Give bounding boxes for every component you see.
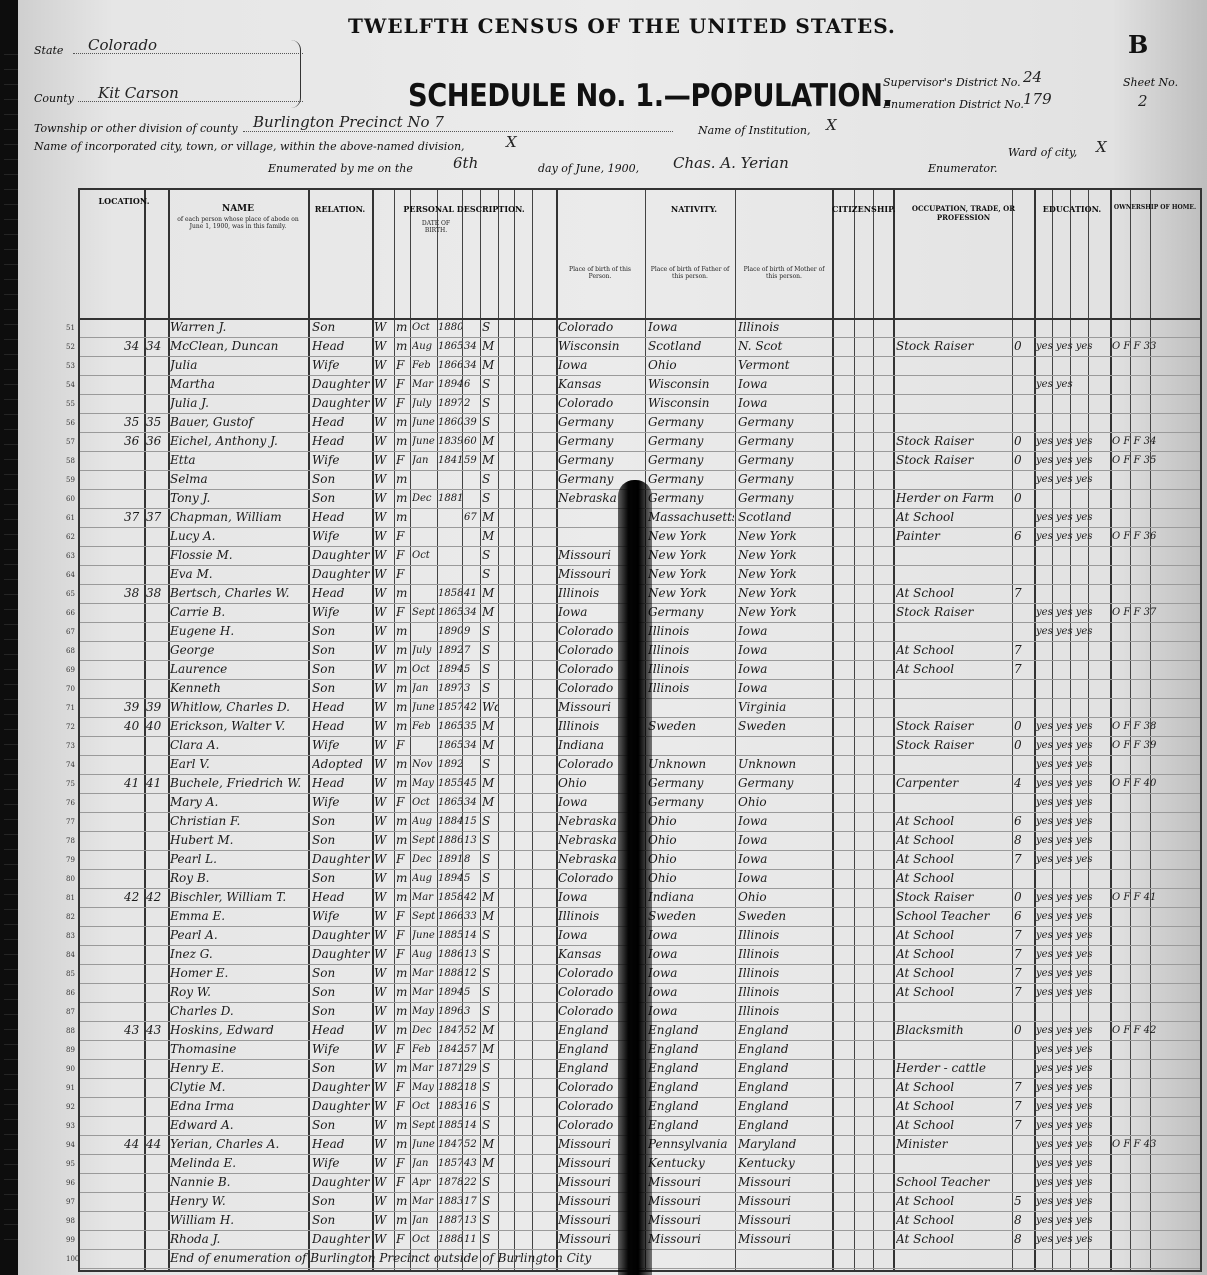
cell-col: W [374,1059,392,1078]
line-number: 82 [66,913,75,921]
cell-fam: 34 [146,337,166,356]
cell-sex: m [396,964,410,983]
cell-age: 9 [464,622,480,641]
cell-bp: Germany [558,451,644,470]
cell-ed: yes yes yes [1036,1192,1108,1211]
cell-age: 29 [464,1059,480,1078]
cell-ms: M [482,527,498,546]
cell-age: 43 [464,1154,480,1173]
cell-mo: May [412,1078,436,1097]
cell-bm: New York [738,603,830,622]
cell-col: W [374,1211,392,1230]
cell-name: Roy W. [170,983,306,1002]
cell-mo_nw: 4 [1014,774,1032,793]
cell-ed: yes yes yes [1036,603,1108,622]
cell-occ: At School [896,660,1010,679]
cell-dw: 40 [124,717,144,736]
cell-bf: Iowa [648,964,734,983]
cell-mo: Dec [412,850,436,869]
cell-age: 34 [464,337,480,356]
film-edge [0,0,18,1275]
cell-col: W [374,1021,392,1040]
cell-ms: S [482,1211,498,1230]
cell-bf: Germany [648,489,734,508]
cell-own: O F F 33 [1112,337,1198,356]
cell-rel: Son [312,831,370,850]
cell-ms: S [482,755,498,774]
table-row: 523434McClean, DuncanHeadWmAug186534MWis… [80,337,1200,357]
cell-mo_nw: 0 [1014,489,1032,508]
cell-occ: Blacksmith [896,1021,1010,1040]
cell-bf: Sweden [648,717,734,736]
cell-bm: Iowa [738,850,830,869]
cell-name: Rhoda J. [170,1230,306,1249]
cell-occ: At School [896,945,1010,964]
cell-bf: Germany [648,774,734,793]
cell-mo: June [412,432,436,451]
cell-bm: New York [738,584,830,603]
cell-rel: Head [312,337,370,356]
cell-bm: Germany [738,451,830,470]
line-number: 54 [66,381,75,389]
line-number: 100 [66,1255,79,1263]
enumeration-label: Enumeration District No. [883,98,1024,111]
cell-bm: Ohio [738,793,830,812]
cell-ms: S [482,869,498,888]
cell-yr: 1887 [438,1211,462,1230]
cell-mo: Oct [412,318,436,337]
cell-ms: S [482,318,498,337]
line-number: 79 [66,856,75,864]
cell-col: W [374,432,392,451]
cell-age: 41 [464,584,480,603]
table-row: 51Warren J.SonWmOct1880SColoradoIowaIlli… [80,318,1200,338]
cell-mo_nw: 0 [1014,717,1032,736]
cell-name: Thomasine [170,1040,306,1059]
cell-mo_nw: 7 [1014,584,1032,603]
cell-sex: m [396,698,410,717]
cell-ed: yes yes yes [1036,850,1108,869]
cell-rel: Son [312,1211,370,1230]
cell-yr: 1847 [438,1135,462,1154]
table-row: 573636Eichel, Anthony J.HeadWmJune183960… [80,432,1200,452]
cell-bm: England [738,1078,830,1097]
cell-bf: England [648,1040,734,1059]
cell-rel: Wife [312,527,370,546]
cell-bm: Scotland [738,508,830,527]
line-number: 71 [66,704,75,712]
cell-name: Melinda E. [170,1154,306,1173]
cell-name: Chapman, William [170,508,306,527]
cell-bm: Iowa [738,869,830,888]
cell-mo: Mar [412,888,436,907]
line-number: 81 [66,894,75,902]
line-number: 73 [66,742,75,750]
cell-yr: 1894 [438,375,462,394]
cell-name: Hubert M. [170,831,306,850]
cell-sex: m [396,755,410,774]
cell-col: W [374,470,392,489]
line-number: 88 [66,1027,75,1035]
cell-ed: yes yes yes [1036,470,1108,489]
line-number: 62 [66,533,75,541]
cell-mo_nw: 7 [1014,964,1032,983]
cell-bm: England [738,1040,830,1059]
cell-sex: F [396,394,410,413]
cell-own: O F F 36 [1112,527,1198,546]
cell-col: W [374,869,392,888]
table-row: 563535Bauer, GustofHeadWmJune186039SGerm… [80,413,1200,433]
cell-occ: Herder - cattle [896,1059,1010,1078]
cell-ed: yes yes yes [1036,907,1108,926]
cell-col: W [374,945,392,964]
cell-occ: At School [896,964,1010,983]
supervisor-label: Supervisor's District No. [883,76,1021,89]
cell-ed: yes yes yes [1036,1059,1108,1078]
sheet-letter: B [1128,30,1148,59]
cell-bf: Germany [648,451,734,470]
census-sheet: TWELFTH CENSUS OF THE UNITED STATES. B S… [18,0,1207,1275]
cell-fam: 43 [146,1021,166,1040]
cell-age: 13 [464,945,480,964]
cell-sex: F [396,945,410,964]
cell-occ: At School [896,812,1010,831]
cell-ed: yes yes [1036,375,1108,394]
cell-mo_nw: 7 [1014,1078,1032,1097]
line-number: 86 [66,989,75,997]
cell-name: Eichel, Anthony J. [170,432,306,451]
cell-col: W [374,888,392,907]
cell-name: Julia [170,356,306,375]
cell-ms: S [482,1002,498,1021]
cell-age: 33 [464,907,480,926]
line-number: 67 [66,628,75,636]
cell-col: W [374,394,392,413]
cell-mo_nw: 7 [1014,1097,1032,1116]
enumerator-label: Enumerator. [928,162,998,175]
cell-mo: Dec [412,489,436,508]
table-row: 54MarthaDaughterWFMar18946SKansasWiscons… [80,375,1200,395]
cell-yr: 1847 [438,1021,462,1040]
cell-bm: Germany [738,413,830,432]
cell-rel: Head [312,432,370,451]
cell-own: O F F 35 [1112,451,1198,470]
cell-bp: Germany [558,413,644,432]
cell-age: 22 [464,1173,480,1192]
line-number: 98 [66,1217,75,1225]
cell-col: W [374,1230,392,1249]
cell-ed: yes yes yes [1036,926,1108,945]
line-number: 91 [66,1084,75,1092]
cell-mo: Oct [412,1230,436,1249]
cell-occ: At School [896,1192,1010,1211]
cell-col: W [374,622,392,641]
cell-bm: Missouri [738,1173,830,1192]
cell-col: W [374,831,392,850]
cell-yr: 1884 [438,812,462,831]
cell-sex: F [396,907,410,926]
cell-mo: Jan [412,451,436,470]
cell-bm: England [738,1097,830,1116]
line-number: 89 [66,1046,75,1054]
cell-fam: 40 [146,717,166,736]
cell-sex: F [396,1040,410,1059]
cell-name: Carrie B. [170,603,306,622]
cell-yr: 1883 [438,1097,462,1116]
cell-dw: 38 [124,584,144,603]
line-number: 64 [66,571,75,579]
cell-rel: Wife [312,451,370,470]
enumerated-day: 6th [453,154,478,172]
cell-occ: At School [896,1230,1010,1249]
cell-mo: Jan [412,1154,436,1173]
cell-bm: New York [738,565,830,584]
cell-col: W [374,356,392,375]
cell-bm: Iowa [738,831,830,850]
cell-yr: 1883 [438,1192,462,1211]
cell-age: 39 [464,413,480,432]
cell-rel: Daughter [312,394,370,413]
line-number: 92 [66,1103,75,1111]
cell-name: Flossie M. [170,546,306,565]
cell-rel: Head [312,508,370,527]
cell-ms: M [482,1154,498,1173]
institution-value: X [826,116,837,134]
cell-name: Yerian, Charles A. [170,1135,306,1154]
cell-mo_nw: 0 [1014,736,1032,755]
cell-sex: m [396,983,410,1002]
cell-name: Bertsch, Charles W. [170,584,306,603]
cell-bf: England [648,1116,734,1135]
cell-mo_nw: 8 [1014,831,1032,850]
cell-bf: England [648,1078,734,1097]
cell-sex: m [396,812,410,831]
line-number: 72 [66,723,75,731]
supervisor-value: 24 [1023,68,1042,86]
cell-yr: 1839 [438,432,462,451]
cell-bm: N. Scot [738,337,830,356]
cell-bf: Missouri [648,1173,734,1192]
cell-col: W [374,1002,392,1021]
cell-name: Kenneth [170,679,306,698]
cell-occ: At School [896,983,1010,1002]
cell-name: Erickson, Walter V. [170,717,306,736]
cell-col: W [374,926,392,945]
cell-ed: yes yes yes [1036,983,1108,1002]
cell-occ: Stock Raiser [896,451,1010,470]
cell-yr: 1860 [438,413,462,432]
enumerator-name: Chas. A. Yerian [673,154,789,172]
cell-mo: Mar [412,983,436,1002]
township-label: Township or other division of county [34,122,238,135]
cell-occ: At School [896,1211,1010,1230]
cell-sex: m [396,413,410,432]
cell-name: Mary A. [170,793,306,812]
cell-bm: Ohio [738,888,830,907]
ward-value: X [1096,138,1107,156]
cell-ms: M [482,432,498,451]
cell-bf: New York [648,565,734,584]
line-number: 60 [66,495,75,503]
cell-bm: Missouri [738,1192,830,1211]
sheet-label: Sheet No. [1123,76,1178,89]
cell-rel: Daughter [312,375,370,394]
cell-bm: Germany [738,432,830,451]
cell-name: Eugene H. [170,622,306,641]
cell-own: O F F 42 [1112,1021,1198,1040]
cell-bf: Iowa [648,945,734,964]
cell-bf: Germany [648,470,734,489]
cell-age: 18 [464,1078,480,1097]
cell-col: W [374,717,392,736]
cell-mo_nw: 7 [1014,926,1032,945]
cell-ms: S [482,1059,498,1078]
line-number: 52 [66,343,75,351]
city-label: Name of incorporated city, town, or vill… [34,140,465,153]
cell-col: W [374,451,392,470]
cell-mo_nw: 7 [1014,850,1032,869]
cell-age: 60 [464,432,480,451]
cell-occ: Stock Raiser [896,717,1010,736]
cell-age: 13 [464,831,480,850]
cell-age: 7 [464,641,480,660]
cell-mo: Sept [412,831,436,850]
cell-rel: Head [312,717,370,736]
cell-name: Earl V. [170,755,306,774]
cell-ms: S [482,394,498,413]
cell-mo_nw: 7 [1014,945,1032,964]
line-number: 53 [66,362,75,370]
cell-yr: 1897 [438,394,462,413]
cell-bf: Missouri [648,1192,734,1211]
cell-occ: Minister [896,1135,1010,1154]
cell-ed: yes yes yes [1036,774,1108,793]
cell-occ: Stock Raiser [896,603,1010,622]
cell-sex: m [396,470,410,489]
cell-yr: 1857 [438,1154,462,1173]
enumeration-value: 179 [1023,90,1052,108]
cell-yr: 1896 [438,1002,462,1021]
line-number: 84 [66,951,75,959]
cell-ed: yes yes yes [1036,964,1108,983]
cell-sex: m [396,1059,410,1078]
cell-col: W [374,755,392,774]
cell-sex: m [396,660,410,679]
cell-fam: 37 [146,508,166,527]
cell-name: Whitlow, Charles D. [170,698,306,717]
table-header: LOCATION. NAME of each person whose plac… [80,190,1200,320]
cell-ed: yes yes yes [1036,1154,1108,1173]
cell-ed: yes yes yes [1036,1116,1108,1135]
cell-mo: June [412,926,436,945]
cell-ms: S [482,679,498,698]
cell-bm: Germany [738,774,830,793]
cell-dw: 41 [124,774,144,793]
cell-occ: At School [896,584,1010,603]
cell-bf: Ohio [648,869,734,888]
cell-name: Pearl L. [170,850,306,869]
cell-ed: yes yes yes [1036,337,1108,356]
cell-sex: m [396,584,410,603]
cell-bm: Illinois [738,964,830,983]
cell-occ: School Teacher [896,907,1010,926]
cell-fam: 39 [146,698,166,717]
cell-fam: 38 [146,584,166,603]
cell-ms: S [482,926,498,945]
cell-mo: Mar [412,1059,436,1078]
cell-rel: Head [312,1021,370,1040]
cell-rel: Wife [312,1154,370,1173]
cell-bm: Illinois [738,945,830,964]
cell-sex: m [396,432,410,451]
cell-bf: England [648,1059,734,1078]
cell-bm: Iowa [738,622,830,641]
cell-col: W [374,698,392,717]
cell-ed: yes yes yes [1036,1021,1108,1040]
cell-bf: Iowa [648,926,734,945]
cell-dw: 34 [124,337,144,356]
cell-mo: May [412,1002,436,1021]
cell-ms: M [482,337,498,356]
cell-col: W [374,1135,392,1154]
cell-mo: Aug [412,337,436,356]
cell-ms: S [482,470,498,489]
cell-ms: S [482,413,498,432]
cell-bm: Germany [738,489,830,508]
sheet-value: 2 [1138,92,1148,110]
cell-yr: 1865 [438,717,462,736]
cell-sex: F [396,565,410,584]
cell-name: Emma E. [170,907,306,926]
cell-ms: S [482,1097,498,1116]
cell-ms: M [482,584,498,603]
cell-col: W [374,603,392,622]
cell-dw: 35 [124,413,144,432]
cell-name: Clara A. [170,736,306,755]
cell-name: Eva M. [170,565,306,584]
cell-sex: F [396,451,410,470]
cell-yr: 1894 [438,983,462,1002]
cell-ms: S [482,375,498,394]
cell-mo: June [412,413,436,432]
cell-rel: Son [312,1116,370,1135]
cell-sex: m [396,679,410,698]
cell-mo: Jan [412,1211,436,1230]
cell-bf: Germany [648,432,734,451]
cell-col: W [374,1078,392,1097]
cell-ed: yes yes yes [1036,1173,1108,1192]
cell-sex: m [396,622,410,641]
cell-bm: Sweden [738,717,830,736]
cell-yr: 1885 [438,1116,462,1135]
cell-col: W [374,983,392,1002]
cell-mo_nw: 5 [1014,1192,1032,1211]
cell-ms: M [482,793,498,812]
line-number: 69 [66,666,75,674]
cell-name: Charles D. [170,1002,306,1021]
cell-occ: At School [896,1116,1010,1135]
cell-ms: S [482,1078,498,1097]
cell-ms: S [482,546,498,565]
cell-bm: Virginia [738,698,830,717]
cell-bf: Illinois [648,660,734,679]
cell-sex: F [396,546,410,565]
line-number: 75 [66,780,75,788]
cell-ms: S [482,660,498,679]
cell-mo: May [412,774,436,793]
cell-sex: F [396,926,410,945]
cell-yr: 1886 [438,831,462,850]
